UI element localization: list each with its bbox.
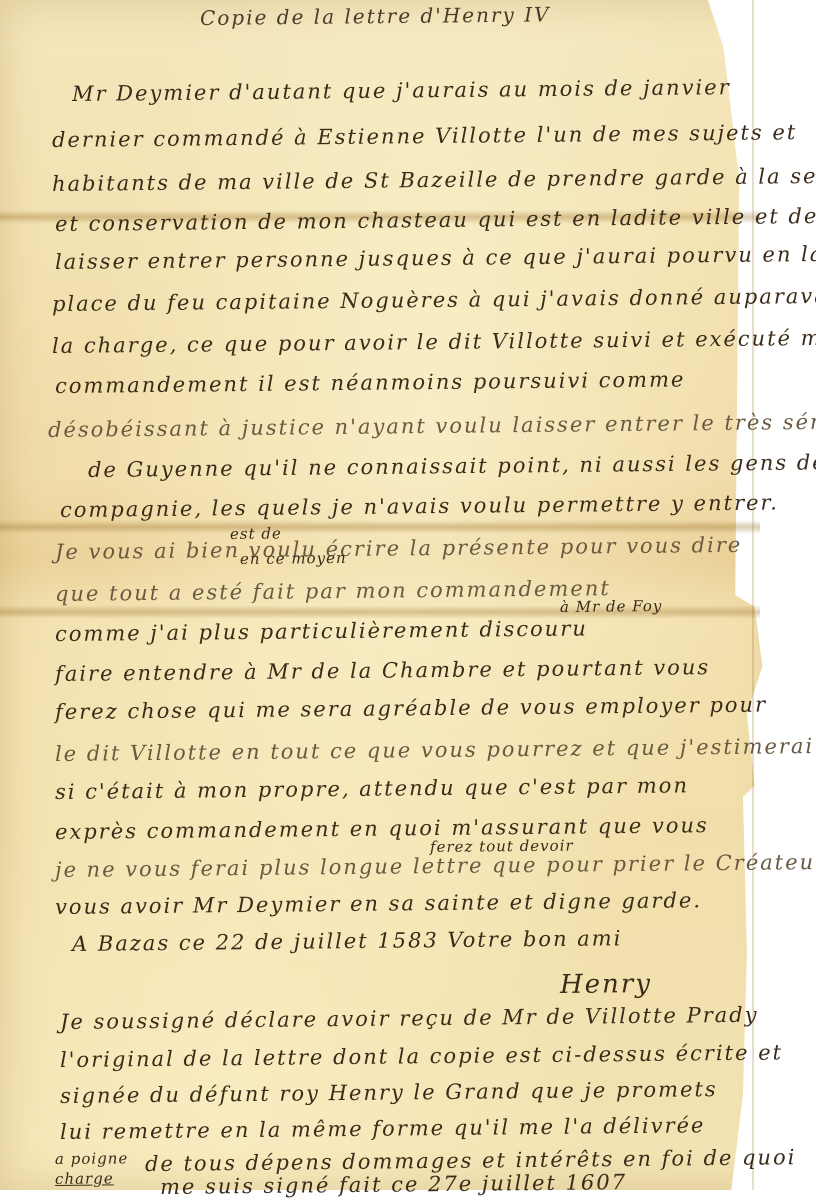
margin-note: a poigne (55, 1149, 128, 1168)
margin-note: charge (55, 1169, 114, 1188)
interlinear-note: à Mr de Foy (560, 597, 663, 616)
signature-henry: Henry (560, 969, 652, 1000)
letter-header: Copie de la lettre d'Henry IV (200, 2, 551, 30)
interlinear-note: ferez tout devoir (430, 836, 574, 856)
interlinear-note: en ce moyen (240, 549, 347, 568)
interlinear-note: est de (230, 524, 282, 543)
attestation-line: me suis signé fait ce 27e juillet 1607 (160, 1170, 627, 1199)
paper-fold-crease (0, 520, 760, 534)
